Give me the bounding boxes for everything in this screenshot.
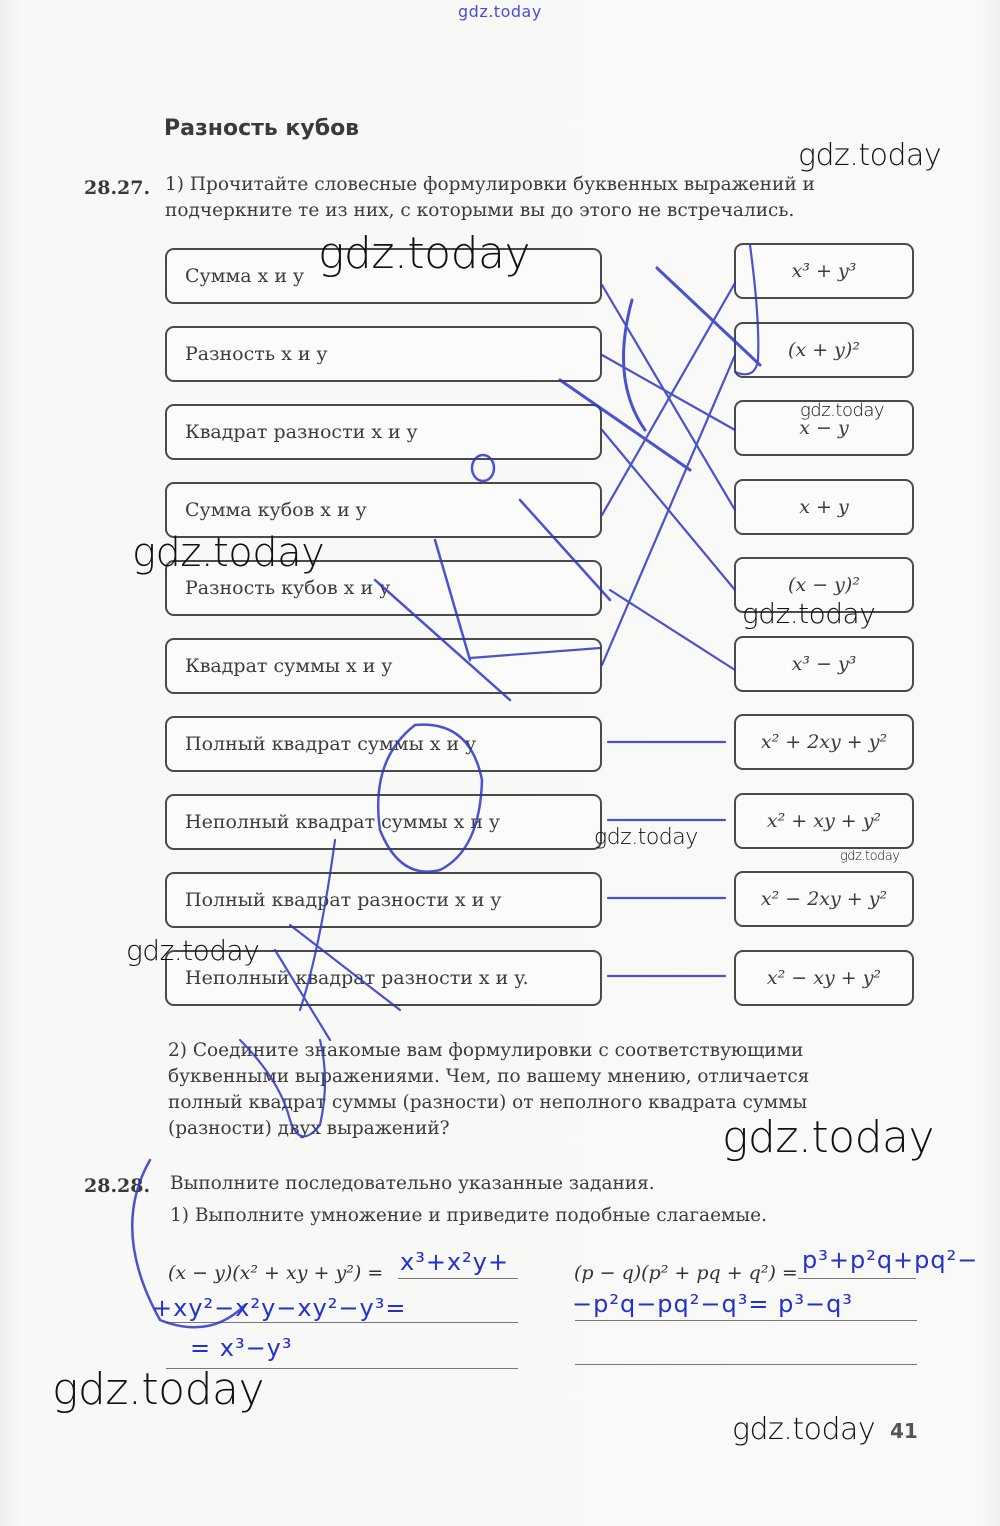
handwritten-answer: +xy²−x²y−xy²−y³= <box>152 1294 406 1322</box>
expression-box: x³ − y³ <box>734 636 914 692</box>
textbook-page: gdz.today Разность кубов 28.27. 1) Прочи… <box>0 0 1000 1526</box>
task-number-28-27: 28.27. <box>84 177 150 199</box>
page-number: 41 <box>890 1419 918 1443</box>
watermark: gdz.today <box>840 849 899 864</box>
formulation-box: Квадрат разности x и y <box>165 404 602 460</box>
watermark: gdz.today <box>52 1364 264 1415</box>
formulation-box: Неполный квадрат суммы x и y <box>165 794 602 850</box>
section-title: Разность кубов <box>164 116 359 141</box>
answer-line <box>575 1364 917 1365</box>
watermark: gdz.today <box>742 597 875 630</box>
watermark: gdz.today <box>594 825 698 850</box>
formulation-box: Разность x и y <box>165 326 602 382</box>
expression-box: x² − xy + y² <box>734 950 914 1006</box>
task-number-28-28: 28.28. <box>84 1175 150 1197</box>
expression-box: x² + xy + y² <box>734 793 914 849</box>
expression-box: x³ + y³ <box>734 243 914 299</box>
formulation-box: Полный квадрат разности x и y <box>165 872 602 928</box>
watermark: gdz.today <box>126 934 259 967</box>
handwritten-answer: x³+x²y+ <box>400 1248 509 1276</box>
task-28-28-line-2: 1) Выполните умножение и приведите подоб… <box>170 1203 767 1229</box>
task-28-28-line-1: Выполните последовательно указанные зада… <box>170 1171 655 1197</box>
formulation-box: Полный квадрат суммы x и y <box>165 716 602 772</box>
watermark: gdz.today <box>722 1112 934 1163</box>
part1-line-1: 1) Прочитайте словесные формулировки бук… <box>165 172 925 198</box>
answer-line <box>398 1278 518 1279</box>
part2-line-2: буквенными выражениями. Чем, по вашему м… <box>168 1064 918 1090</box>
part1-line-2: подчеркните те из них, с которыми вы до … <box>165 198 925 224</box>
part2-line-1: 2) Соедините знакомые вам формулировки с… <box>168 1038 918 1064</box>
expression-box: x² + 2xy + y² <box>734 714 914 770</box>
answer-line <box>798 1278 916 1279</box>
left-equation: (x − y)(x² + xy + y²) = <box>168 1262 383 1284</box>
watermark: gdz.today <box>132 530 324 576</box>
task-28-27-part1: 1) Прочитайте словесные формулировки бук… <box>165 172 925 224</box>
watermark: gdz.today <box>798 138 941 173</box>
answer-line <box>575 1320 917 1321</box>
watermark: gdz.today <box>732 1412 875 1447</box>
watermark: gdz.today <box>318 228 530 279</box>
formulation-box: Квадрат суммы x и y <box>165 638 602 694</box>
handwritten-answer: = x³−y³ <box>190 1334 293 1362</box>
top-watermark: gdz.today <box>458 2 542 21</box>
handwritten-answer: p³+p²q+pq²− <box>802 1246 978 1274</box>
right-equation: (p − q)(p² + pq + q²) = <box>574 1262 798 1284</box>
handwritten-answer: −p²q−pq²−q³= p³−q³ <box>572 1290 853 1318</box>
watermark: gdz.today <box>800 400 884 421</box>
expression-box: x + y <box>734 479 914 535</box>
expression-box: x² − 2xy + y² <box>734 871 914 927</box>
answer-line <box>166 1322 518 1323</box>
expression-box: (x + y)² <box>734 322 914 378</box>
